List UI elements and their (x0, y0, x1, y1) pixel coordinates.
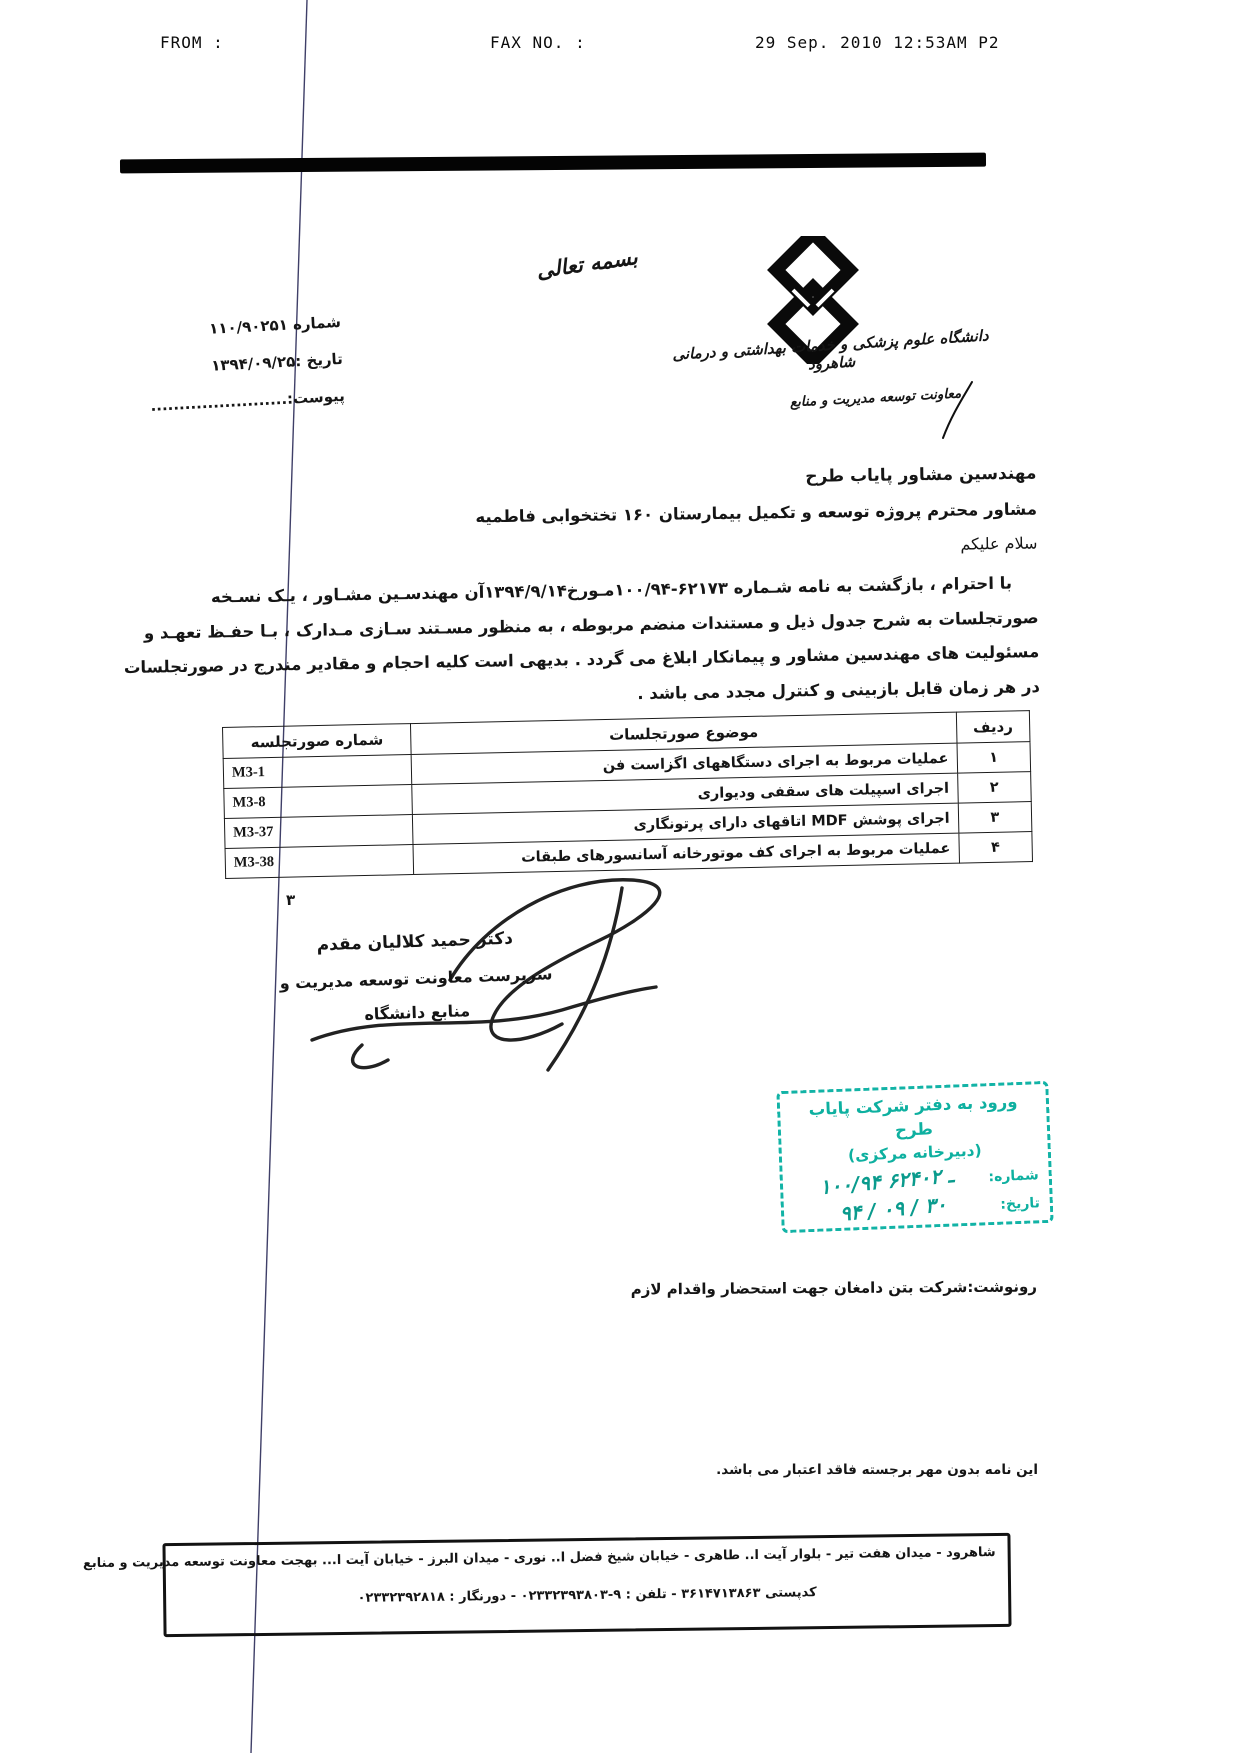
row-minutes-number: M3-37 (224, 815, 413, 849)
recipient-block: مهندسین مشاور پایاب طرح مشاور محترم پروژ… (396, 456, 1037, 569)
letter-body: با احترام ، بازگشت به نامه شـماره ‪۱۰۰/۹… (132, 566, 1040, 720)
footer-address: شاهرود - میدان هفت تیر - بلوار آیت ا.. ط… (178, 1545, 996, 1570)
validity-note: این نامه بدون مهر برجسته فاقد اعتبار می … (538, 1462, 1038, 1478)
row-number: ۱ (957, 742, 1031, 774)
footer-address-box: شاهرود - میدان هفت تیر - بلوار آیت ا.. ط… (162, 1533, 1011, 1637)
row-number: ۴ (958, 832, 1032, 864)
stamp-date-label: تاریخ: (1000, 1195, 1040, 1213)
pen-stroke-mark: ۳ (286, 891, 295, 909)
row-minutes-number: M3-1 (223, 755, 412, 789)
faxed-letter-page: { "fax_header": { "from_label": "FROM :"… (0, 0, 1240, 1753)
row-number: ۳ (958, 802, 1032, 834)
row-minutes-number: M3-8 (224, 785, 413, 819)
header-minutes-number: شماره صورتجلسه (223, 724, 412, 759)
entry-stamp: ورود به دفتر شرکت پایاب طرح (دبیرخانه مر… (776, 1081, 1053, 1233)
minutes-table: ردیف موضوع صورتجلسات شماره صورتجلسه ۱ عم… (222, 710, 1033, 879)
pen-tick-mark (938, 380, 980, 442)
stamp-number-label: شماره: (988, 1167, 1039, 1185)
header-row-number: ردیف (956, 711, 1030, 744)
document-meta: شماره ۱۱۰/۹۰۲۵۱ تاریخ :۱۳۹۴/۰۹/۲۵ پیوست:… (105, 304, 345, 427)
row-number: ۲ (957, 772, 1031, 804)
footer-contact: کدپستی ۳۶۱۴۷۱۳۸۶۳ - تلفن : ۹-۰۲۳۳۲۳۹۳۸۰۳… (178, 1583, 996, 1608)
signature-scribble (300, 858, 730, 1093)
